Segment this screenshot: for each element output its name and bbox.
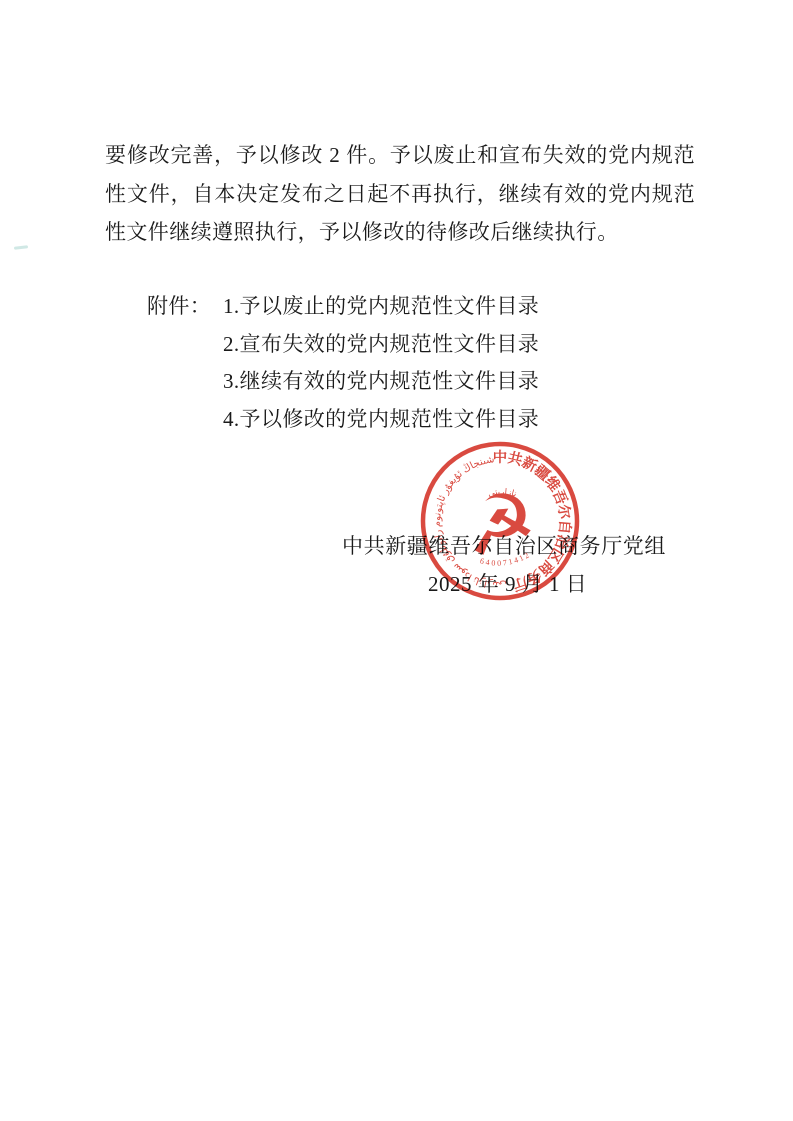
signature-organization: 中共新疆维吾尔自治区商务厅党组 — [342, 530, 666, 560]
attachments-label: 附件： — [147, 288, 223, 326]
attachments-block: 附件： 1.予以废止的党内规范性文件目录 2.宣布失效的党内规范性文件目录 3.… — [147, 288, 539, 438]
body-paragraph: 要修改完善，予以修改 2 件。予以废止和宣布失效的党内规范性文件，自本决定发布之… — [105, 136, 695, 252]
attachments-list: 1.予以废止的党内规范性文件目录 2.宣布失效的党内规范性文件目录 3.继续有效… — [223, 288, 539, 438]
attachment-item-4: 4.予以修改的党内规范性文件目录 — [223, 401, 539, 439]
attachment-item-3: 3.继续有效的党内规范性文件目录 — [223, 363, 539, 401]
attachment-item-2: 2.宣布失效的党内规范性文件目录 — [223, 326, 539, 364]
signature-date: 2025 年 9 月 1 日 — [428, 568, 587, 598]
seal-inner-uyghur-text: نازارىتى — [487, 484, 520, 503]
scan-artifact — [14, 245, 28, 249]
document-page: 要修改完善，予以修改 2 件。予以废止和宣布失效的党内规范性文件，自本决定发布之… — [0, 0, 793, 1121]
hammer-and-sickle-icon: ☭ — [459, 473, 543, 575]
attachment-item-1: 1.予以废止的党内规范性文件目录 — [223, 288, 539, 326]
